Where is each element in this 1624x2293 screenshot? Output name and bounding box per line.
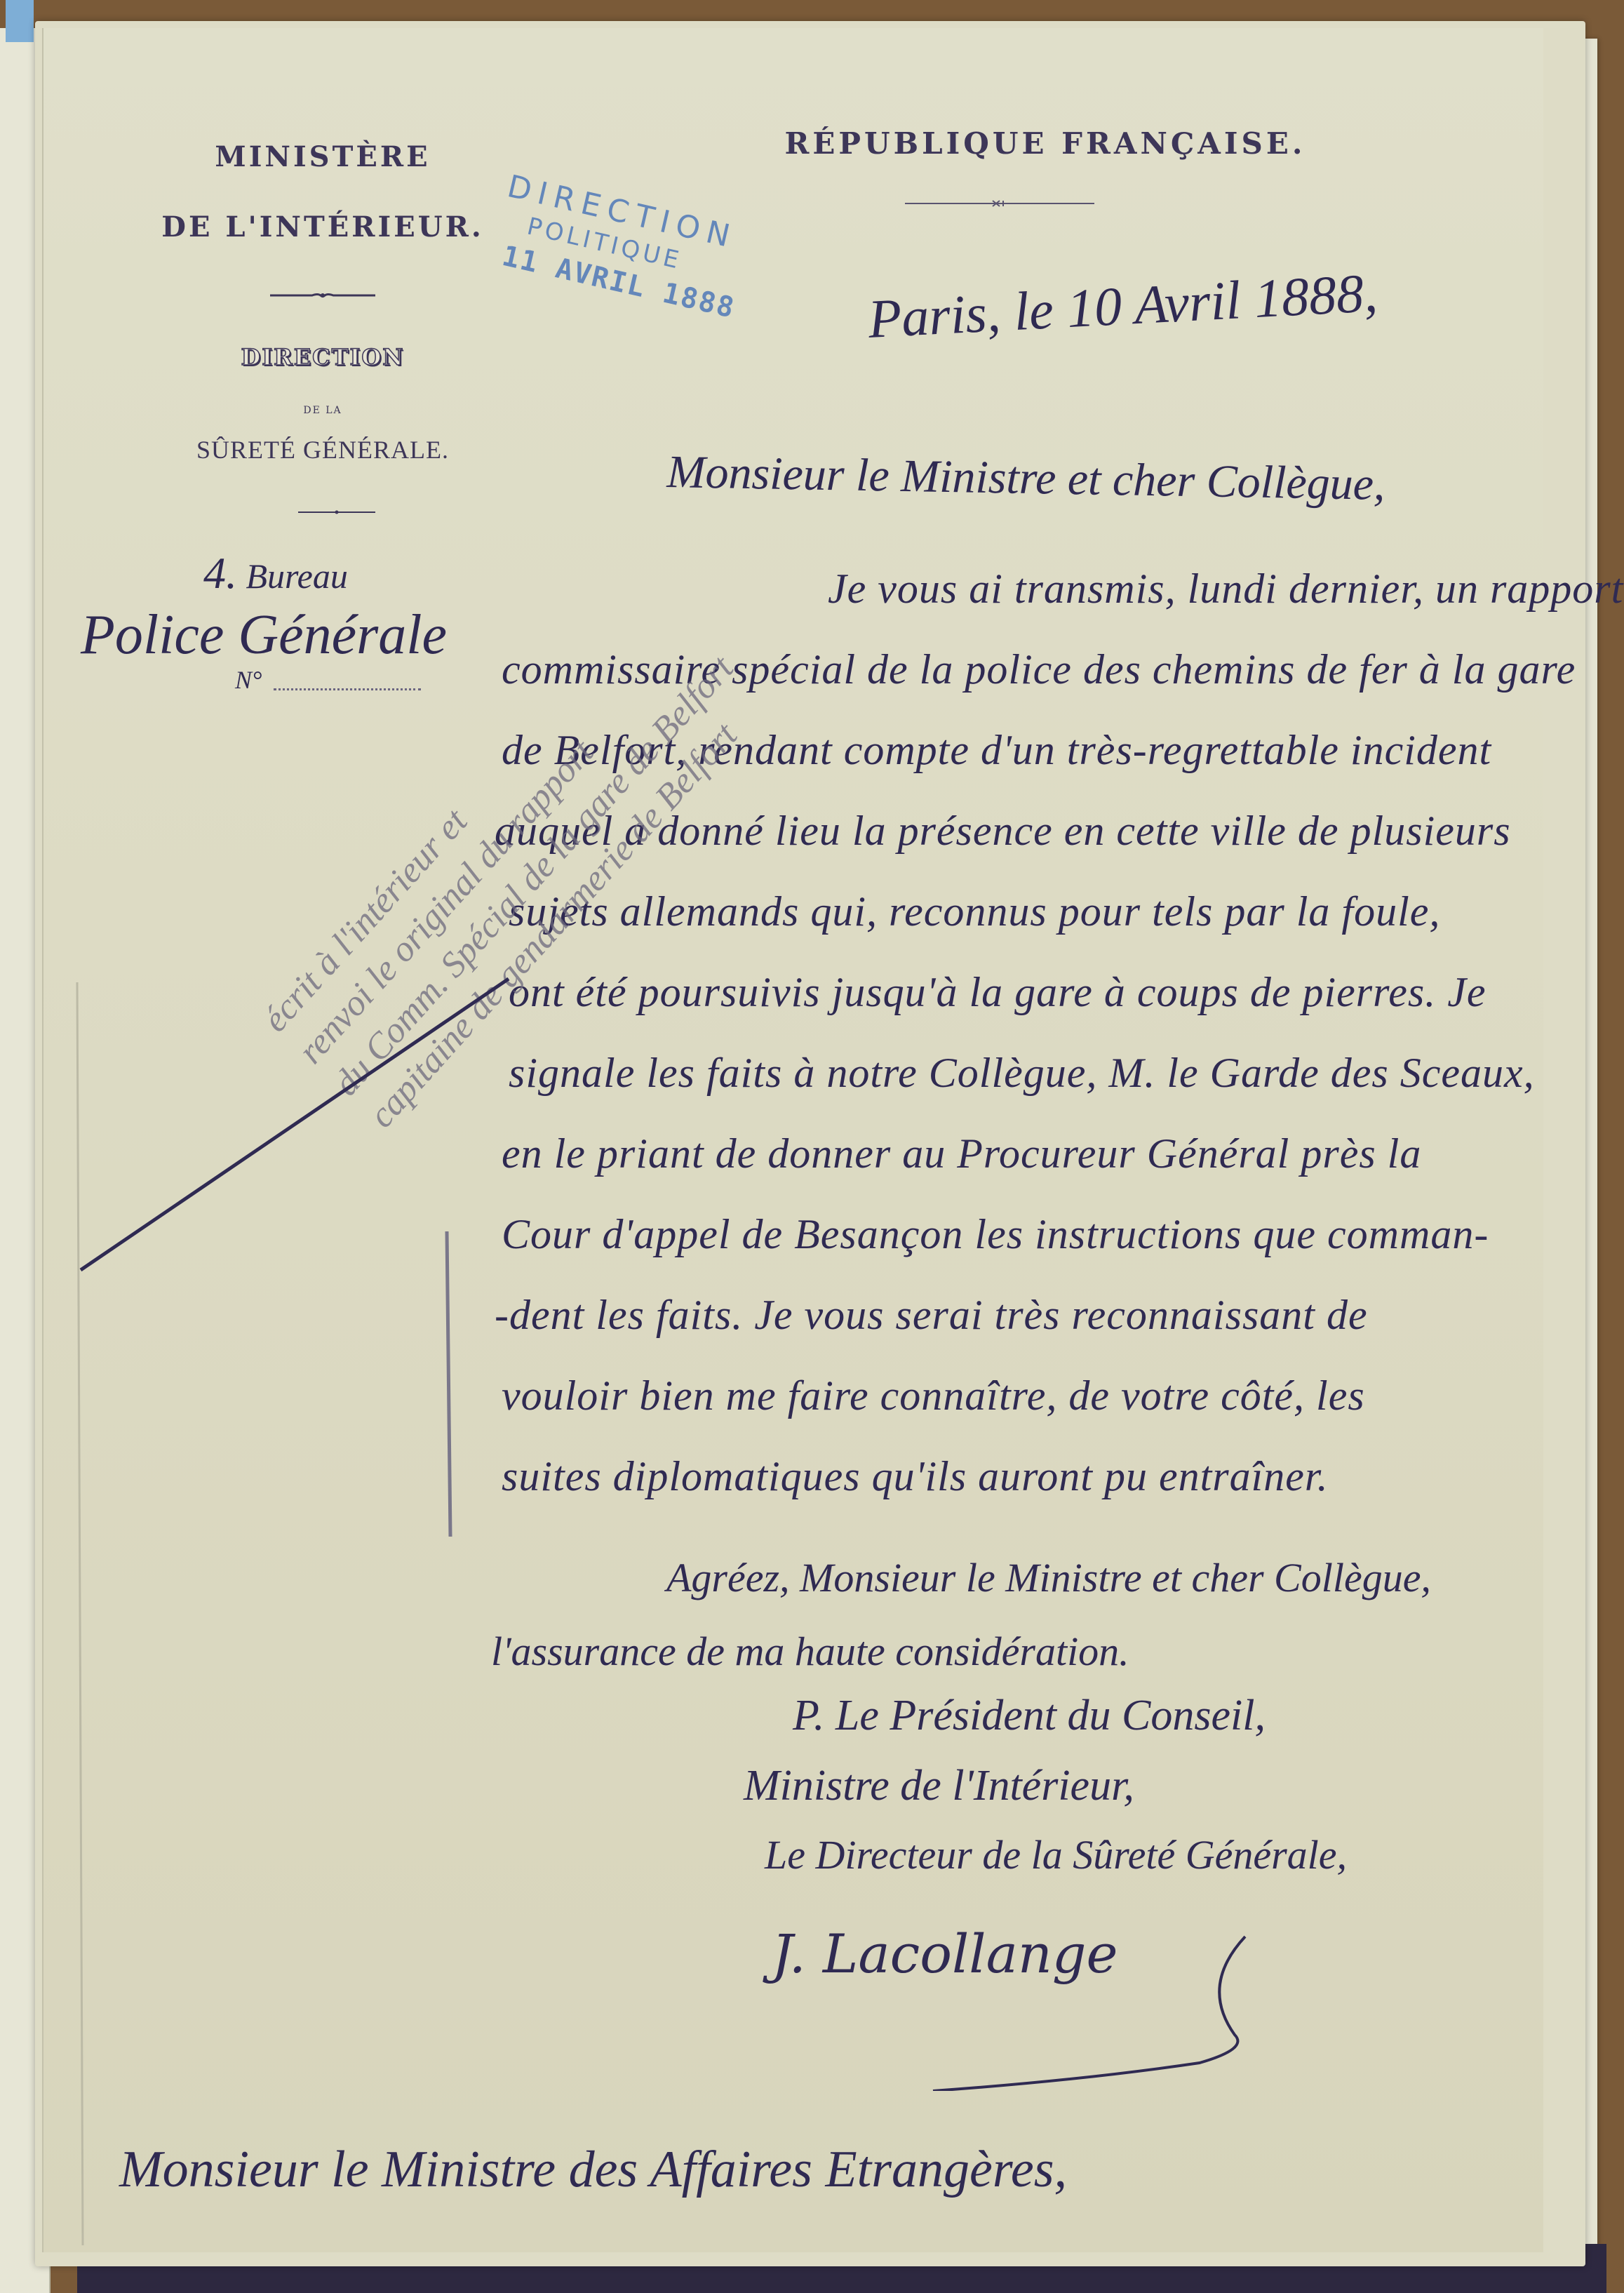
body-line: Cour d'appel de Besançon les instruction… [502,1210,1489,1259]
body-line: vouloir bien me faire connaître, de votr… [502,1372,1365,1420]
service-name: Police Générale [81,603,447,667]
body-line: en le priant de donner au Procureur Géné… [502,1130,1421,1178]
surete-heading: SÛRETÉ GÉNÉRALE. [140,435,505,464]
body-line: sujets allemands qui, reconnus pour tels… [509,888,1440,936]
de-la-label: DE LA [246,405,400,416]
body-line: ont été poursuivis jusqu'à la gare à cou… [509,968,1487,1017]
ministry-heading-line2: DE L'INTÉRIEUR. [133,210,512,243]
bureau-text: Bureau [246,556,348,596]
republic-heading: RÉPUBLIQUE FRANÇAISE. [730,126,1361,161]
signature-title: Le Directeur de la Sûreté Générale, [765,1831,1347,1878]
bureau-label: 4. Bureau [203,547,348,599]
ministry-heading: MINISTÈRE [175,140,470,173]
bureau-number: 4. [203,548,237,598]
body-line: -dent les faits. Je vous serai très reco… [495,1291,1368,1339]
signature-title: Ministre de l'Intérieur, [744,1761,1134,1811]
body-line: suites diplomatiques qu'ils auront pu en… [502,1452,1329,1501]
ornament-divider-icon [270,293,375,298]
ornament-divider-icon [905,200,1094,207]
signature-flourish-icon [870,1908,1291,2091]
direction-heading: DIRECTION [175,344,470,370]
signature-title: P. Le Président du Conseil, [793,1691,1266,1741]
number-label: N° [235,665,262,695]
closing-line: l'assurance de ma haute considération. [491,1628,1129,1675]
ornament-divider-icon [298,510,375,514]
body-line: Je vous ai transmis, lundi dernier, un r… [828,565,1624,613]
body-line: signale les faits à notre Collègue, M. l… [509,1049,1535,1097]
closing-line: Agréez, Monsieur le Ministre et cher Col… [666,1554,1431,1601]
blue-tab [6,0,34,42]
number-field-line [274,688,421,690]
addressee-line: Monsieur le Ministre des Affaires Etrang… [119,2140,1067,2200]
